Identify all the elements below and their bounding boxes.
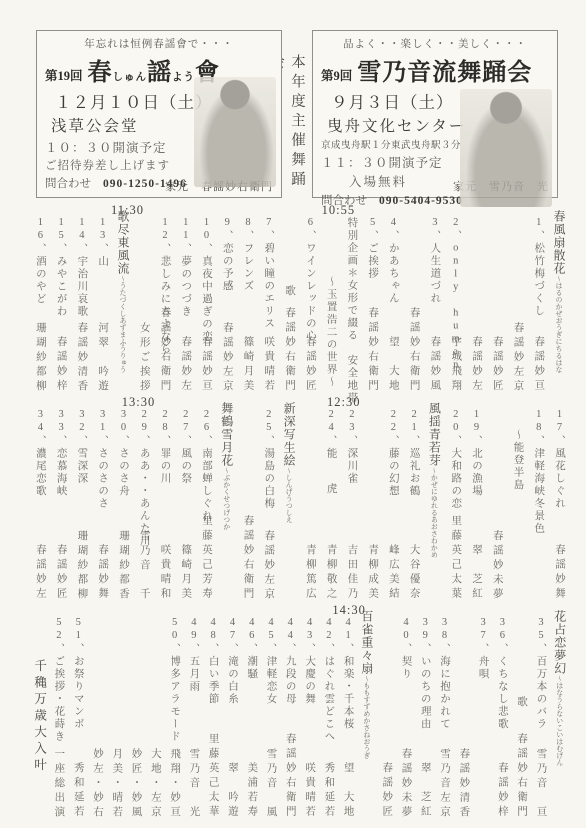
item-title: 34、濃尾恋歌 — [35, 409, 46, 498]
performer-name: 宇城飛翔 — [448, 336, 463, 394]
performer-column: 妙匠・妙風 — [126, 604, 145, 822]
performer-name: 雪乃音 千 — [137, 530, 152, 603]
performer-name: 春謡妙未夢 — [490, 530, 505, 603]
performer-column: 春謡妙左 — [466, 204, 487, 396]
performer-name: 春謡妙舞 — [95, 544, 110, 602]
performer-name: 春謡妙右衛門 — [157, 307, 172, 394]
program-item: 16、酒のやど珊瑚紗都柳 — [30, 204, 51, 396]
program-item: 特別企画＊女形で綴る 安全地帯 — [341, 204, 362, 396]
item-title: 特別企画＊女形で綴る 安全地帯 — [346, 217, 357, 405]
performer-name: 妙左・妙右 — [90, 748, 105, 821]
program-item: 17、風花しぐれ春謡妙舞 — [549, 396, 570, 604]
item-title: 46、潮騒 — [246, 617, 257, 681]
program-item: 47、滝の白糸翠 吟遊 — [223, 604, 242, 822]
item-title: 40、契り — [400, 617, 411, 681]
performer-name: 春謡妙亘 — [199, 336, 214, 394]
performer-name: 春謡妙未夢 — [398, 748, 413, 821]
program-item: 19、北の漁場翠 芝紅 — [466, 396, 487, 604]
program-item: 10、真夜中過ぎの恋春謡妙亘 — [196, 204, 217, 396]
program-item: 12、悲しみにさよなら春謡妙右衛門 — [155, 204, 176, 396]
performer-name: 望 大地 — [386, 336, 401, 394]
right-event-tagline: 品よく・・楽しく・・美しく・・・ — [321, 36, 549, 51]
title-kana: しゅん — [113, 72, 148, 83]
item-title: 48、白い季節 — [208, 617, 219, 706]
item-title: 26、南部蝉しぐれ — [201, 409, 212, 523]
item-title: 歌尽東風流 — [116, 210, 130, 275]
program-item: 43、大慶の舞咲貴晴若 — [300, 604, 319, 822]
program-item: 29、ああ・・あんた川雪乃音 千 — [134, 396, 155, 604]
program-item: 24、能虎青柳敬之 — [321, 396, 342, 604]
program-item: 18、津軽海峡冬景色 — [528, 396, 549, 604]
performer-column: 春謡妙匠 — [377, 604, 396, 822]
item-title: 15、みやこがわ — [56, 217, 67, 318]
performer-name: 雪乃音 光 — [186, 748, 201, 821]
item-title: 5、ご挨拶 — [367, 217, 378, 280]
performer-name: 咲貴晴若 — [302, 762, 317, 820]
item-title: 25、湯島の白梅 — [263, 409, 274, 510]
section-title: 春風扇散花～はるのかぜおうぎにちるはな — [549, 204, 570, 396]
program-band-1: 10:5511:30春風扇散花～はるのかぜおうぎにちるはな1、松竹梅づくし春謡妙… — [30, 204, 570, 396]
program-item: 42、はぐれ雲どこへ秀和延若 — [319, 604, 338, 822]
performer-name: 珊瑚紗都香 — [116, 530, 131, 603]
performer-name: 春謡妙匠 — [303, 336, 318, 394]
performer-name: 峰広美結 — [386, 544, 401, 602]
performer-name: 青柳成美 — [365, 544, 380, 602]
section-title: 風揺青若芽～かぜにゆれるあおさわかめ — [425, 396, 446, 604]
performer-name: 大地・左京 — [148, 748, 163, 821]
item-title: 21、巡礼お鶴 — [409, 409, 420, 498]
item-title: 39、いのちの理由 — [420, 617, 431, 731]
performer-name: 春謡妙右衛門 — [282, 307, 297, 394]
performer-column: 歌春謡妙右衛門 — [279, 204, 300, 396]
item-title: 3、人生道づれ — [429, 217, 440, 305]
performer-name: 雪乃音 亘 — [533, 748, 548, 821]
item-title: 新深写生絵 — [282, 402, 296, 467]
program-item: ～玉置浩二の世界～ — [321, 204, 342, 396]
performer-name: 春謡妙右衛門 — [241, 515, 256, 602]
program-item: 13、山河翠 吟遊 — [92, 204, 113, 396]
performer-name: 春謡妙右衛門 — [514, 733, 529, 820]
item-title: 47、滝の白糸 — [227, 617, 238, 706]
performer-name: 吉田佳乃 — [344, 544, 359, 602]
program-item: 14、宇治川哀歌春謡妙清香 — [72, 204, 93, 396]
performer-name: 翠 芝紅 — [469, 544, 484, 602]
item-title: 8、フレンズ — [243, 217, 254, 293]
section-title: 歌尽東風流～うたづくしあずまふうりゅう — [113, 204, 134, 396]
program-item: 11、夢のつづき春謡妙左 — [175, 204, 196, 396]
program-item: 46、潮騒美浦若寿 — [242, 604, 261, 822]
item-title: 49、五月雨 — [188, 617, 199, 693]
performer-name: 春謡妙左京 — [510, 322, 525, 395]
item-title: 44、九段の母 — [285, 617, 296, 706]
program-item: 41、和楽・千本桜望 大地 — [339, 604, 358, 822]
performer-name: 翠 芝紅 — [418, 762, 433, 820]
performer-name: 春謡妙左 — [178, 336, 193, 394]
performer-column: 春謡妙右衛門 — [404, 204, 425, 396]
title-kana: よう — [172, 72, 195, 83]
program-item: 6、ワインレッドの心春謡妙匠 — [300, 204, 321, 396]
item-title: 春風扇散花 — [552, 210, 566, 275]
performer-name: 珊瑚紗都柳 — [33, 322, 48, 395]
program-item: 8、フレンズ篠崎月美 — [238, 204, 259, 396]
recital-program-page: 年忘れは恒例春謡會で・・・ 第19回春しゅん謡よう會 １２月１０日（土） 浅草公… — [0, 0, 586, 828]
performer-name: 望 大地 — [341, 762, 356, 820]
performer-column: 大地・左京 — [146, 604, 165, 822]
section-title-kana: ～かぜにゆれるあおさわかめ — [430, 467, 438, 558]
performer-name: 大谷優奈 — [407, 544, 422, 602]
performer-column: 春謡妙未夢 — [487, 396, 508, 604]
item-mid-text: 虎 — [324, 483, 339, 496]
program-item: 28、罪の川咲貴晴和 — [155, 396, 176, 604]
item-title: 27、風の祭 — [180, 409, 191, 485]
item-title: 6、ワインレッドの心 — [305, 217, 316, 343]
left-event-box: 年忘れは恒例春謡會で・・・ 第19回春しゅん謡よう會 １２月１０日（土） 浅草公… — [36, 30, 282, 198]
performer-photo-left — [194, 77, 276, 187]
program-item: 3、人生道づれ春謡妙風 — [425, 204, 446, 396]
performer-name: 里藤英己芳寿 — [199, 515, 214, 602]
performer-name: 女形ご挨拶 — [137, 322, 152, 395]
item-title: 42、はぐれ雲どこへ — [323, 617, 334, 743]
item-title: 51、お祭りマンボ — [73, 617, 84, 731]
performer-name: 妙匠・妙風 — [129, 748, 144, 821]
performer-name: 篠崎月美 — [178, 544, 193, 602]
performer-name: 春謡妙左京 — [220, 322, 235, 395]
performer-name: 月美・晴若 — [109, 748, 124, 821]
item-title: 22、藤の幻想 — [388, 409, 399, 498]
text-column: ～能登半島 — [508, 396, 529, 604]
item-mid-text: 歌 — [514, 696, 529, 709]
item-title: ～玉置浩二の世界～ — [326, 276, 337, 389]
item-title: 16、酒のやど — [35, 217, 46, 306]
program-item: 40、契り春謡妙未夢 — [396, 604, 415, 822]
performer-name: 美浦若寿 — [244, 762, 259, 820]
item-title: 36、くちなし悲歌 — [497, 617, 508, 731]
item-title: 32、雪深深 — [76, 409, 87, 485]
performer-column: 春謡妙右衛門 — [238, 396, 259, 604]
performer-name: 春謡妙匠 — [490, 336, 505, 394]
item-title: 11、夢のつづき — [180, 217, 191, 318]
item-title: 28、罪の川 — [159, 409, 170, 485]
item-title: 29、ああ・・あんた川 — [139, 409, 150, 548]
header: 年忘れは恒例春謡會で・・・ 第19回春しゅん謡よう會 １２月１０日（土） 浅草公… — [36, 30, 560, 198]
program-item: 48、白い季節里藤英己太華 — [204, 604, 223, 822]
performer-column: 歌春謡妙右衛門 — [512, 604, 531, 822]
item-title: 7、碧い瞳のエリス — [263, 217, 274, 330]
title-char: 謡 — [147, 60, 172, 86]
program-item: 45、津軽恋女雪乃音 風 — [261, 604, 280, 822]
item-title: 50、博多アラモード — [169, 617, 180, 743]
performer-name: 春謡妙清香 — [456, 748, 471, 821]
program-item: 23、深川雀吉田佳乃 — [341, 396, 362, 604]
section-title-kana: ～しんげうつしえ — [285, 467, 293, 523]
program-listing: 10:5511:30春風扇散花～はるのかぜおうぎにちるはな1、松竹梅づくし春謡妙… — [30, 204, 570, 822]
left-contact-label: 問合わせ — [45, 178, 91, 190]
performer-name: 春謡妙左 — [469, 336, 484, 394]
program-item: 2、only human宇城飛翔 — [445, 204, 466, 396]
performer-name: 雪乃音左京 — [437, 748, 452, 821]
right-event-title-line: 第9回雪乃音流舞踊会 — [321, 52, 549, 87]
performer-name: 一座総出演 — [51, 748, 66, 821]
performer-name: 春謡妙梓 — [495, 762, 510, 820]
program-item: 34、濃尾恋歌春謡妙左 — [30, 396, 51, 604]
item-title: 4、かあちゃん — [388, 217, 399, 305]
performer-name: 春謡妙右衛門 — [407, 307, 422, 394]
program-item: 52、ご挨拶・花蒔き一座総出演 — [49, 604, 68, 822]
item-title: 45、津軽恋女 — [266, 617, 277, 706]
program-band-2: 12:3013:3017、風花しぐれ春謡妙舞18、津軽海峡冬景色～能登半島春謡妙… — [30, 396, 570, 604]
item-mid-text: 千穐万歳大入叶 — [31, 659, 49, 775]
section-title: 百雀重々扇～ももすずめかさねおうぎ — [358, 604, 377, 822]
item-mid-text: 歌 — [282, 285, 297, 298]
item-title: 38、海に抱かれて — [439, 617, 450, 731]
performer-name: 春謡妙右衛門 — [365, 307, 380, 394]
item-title: 31、さのさのさ — [97, 409, 108, 510]
performer-name: 篠崎月美 — [241, 336, 256, 394]
section-title: 新深写生絵～しんげうつしえ — [279, 396, 300, 604]
program-item: 49、五月雨雪乃音 光 — [184, 604, 203, 822]
program-item: 21、巡礼お鶴大谷優奈 — [404, 396, 425, 604]
performer-name: 春謡妙左 — [33, 544, 48, 602]
section-title-kana: ～ぶかくせつげつか — [223, 467, 231, 530]
right-event-box: 品よく・・楽しく・・美しく・・・ 第9回雪乃音流舞踊会 ９月３日（土） 曳舟文化… — [312, 30, 558, 198]
performer-name: 春謡妙亘 — [531, 336, 546, 394]
program-item: 26、南部蝉しぐれ里藤英己芳寿 — [196, 396, 217, 604]
performer-column: 月美・晴若 — [107, 604, 126, 822]
program-item: 1、松竹梅づくし春謡妙亘 — [528, 204, 549, 396]
title-char: 春 — [88, 60, 113, 86]
performer-column: 妙左・妙右 — [88, 604, 107, 822]
performer-name: 里藤英己太葉 — [448, 515, 463, 602]
program-item: 50、博多アラモード飛翔・妙亘 — [165, 604, 184, 822]
performer-name: 雪乃音 風 — [264, 748, 279, 821]
performer-name: 飛翔・妙亘 — [167, 748, 182, 821]
program-item: 27、風の祭篠崎月美 — [175, 396, 196, 604]
performer-name: 春謡妙右衛門 — [283, 733, 298, 820]
performer-name: 春謡妙匠 — [54, 544, 69, 602]
item-title: 52、ご挨拶・花蒔き — [53, 617, 64, 743]
program-item: 51、お祭りマンボ秀和延若 — [69, 604, 88, 822]
program-item: 5、ご挨拶春謡妙右衛門 — [362, 204, 383, 396]
program-item: 22、藤の幻想峰広美結 — [383, 396, 404, 604]
item-title: 9、恋の予感 — [222, 217, 233, 293]
section-title-kana: ～はなうらないこいはむげん — [556, 675, 564, 766]
item-title: 14、宇治川哀歌 — [76, 217, 87, 318]
left-event-edition: 第19回 — [45, 69, 83, 83]
program-item: 9、恋の予感春謡妙左京 — [217, 204, 238, 396]
performer-column: 青柳成美 — [362, 396, 383, 604]
program-item: 35、百万本のバラ雪乃音 亘 — [531, 604, 550, 822]
item-title: 20、大和路の恋 — [450, 409, 461, 510]
performer-name: 春謡妙風 — [427, 336, 442, 394]
program-item: 39、いのちの理由翠 芝紅 — [416, 604, 435, 822]
right-event-edition: 第9回 — [321, 69, 352, 83]
item-title: 24、能 — [326, 409, 337, 460]
item-title: 13、山 — [97, 217, 108, 268]
program-item: 4、かあちゃん望 大地 — [383, 204, 404, 396]
item-title: 43、大慶の舞 — [304, 617, 315, 706]
performer-name: 春謡妙舞 — [552, 544, 567, 602]
item-title: 37、舟唄 — [478, 617, 489, 681]
performer-column: 春謡妙清香 — [454, 604, 473, 822]
performer-photo-right — [460, 89, 552, 207]
performer-name: 翠 吟遊 — [225, 762, 240, 820]
performer-name: 春謡妙匠 — [379, 762, 394, 820]
program-item: 37、舟唄 — [473, 604, 492, 822]
performer-column: 春謡妙左京 — [508, 204, 529, 396]
performer-name: 春謡妙左京 — [261, 530, 276, 603]
performer-name: 咲貴晴若 — [261, 336, 276, 394]
section-title: 舞鶴雪月花～ぶかくせつげつか — [217, 396, 238, 604]
section-title-kana: ～はるのかぜおうぎにちるはな — [555, 275, 563, 373]
program-item: 31、さのさのさ春謡妙舞 — [92, 396, 113, 604]
right-event-title: 雪乃音流舞踊会 — [357, 60, 532, 86]
program-item: 36、くちなし悲歌春謡妙梓 — [493, 604, 512, 822]
item-title: 19、北の漁場 — [471, 409, 482, 498]
program-item: 30、さのさ舟珊瑚紗都香 — [113, 396, 134, 604]
program-item: 38、海に抱かれて雪乃音左京 — [435, 604, 454, 822]
performer-column: 春謡妙匠 — [487, 204, 508, 396]
program-item: 7、碧い瞳のエリス咲貴晴若 — [258, 204, 279, 396]
item-title: 35、百万本のバラ — [535, 617, 546, 731]
item-title: 17、風花しぐれ — [554, 409, 565, 510]
item-title: 花占恋夢幻 — [553, 610, 567, 675]
program-item: 33、恋慕海峡春謡妙匠 — [51, 396, 72, 604]
item-mid-text: ～能登半島 — [510, 429, 525, 492]
program-item: 15、みやこがわ春謡妙梓 — [51, 204, 72, 396]
item-title: 41、和楽・千本桜 — [343, 617, 354, 731]
performer-name: 里藤英己太華 — [206, 733, 221, 820]
performer-name: 咲貴晴和 — [157, 544, 172, 602]
section-title: 花占恋夢幻～はなうらないこいはむげん — [551, 604, 570, 822]
item-title: 1、松竹梅づくし — [533, 217, 544, 318]
performer-name: 珊瑚紗都柳 — [74, 530, 89, 603]
item-title: 18、津軽海峡冬景色 — [533, 409, 544, 535]
performer-name: 春謡妙梓 — [54, 336, 69, 394]
program-item: 20、大和路の恋里藤英己太葉 — [445, 396, 466, 604]
program-item: 44、九段の母春謡妙右衛門 — [281, 604, 300, 822]
performer-name: 河翠 吟遊 — [95, 322, 110, 395]
program-item: 32、雪深深珊瑚紗都柳 — [72, 396, 93, 604]
text-column: 千穐万歳大入叶 — [30, 604, 49, 822]
program-band-3: 14:30花占恋夢幻～はなうらないこいはむげん35、百万本のバラ雪乃音 亘歌春謡… — [30, 604, 570, 822]
item-title: 百雀重々扇 — [360, 610, 374, 675]
item-title: 30、さのさ舟 — [118, 409, 129, 498]
section-title-kana: ～ももすずめかさねおうぎ — [363, 675, 371, 759]
program-item: 25、湯島の白梅春謡妙左京 — [258, 396, 279, 604]
item-title: 風揺青若芽 — [427, 402, 441, 467]
performer-name: 青柳敬之 — [324, 544, 339, 602]
item-title: 10、真夜中過ぎの恋 — [201, 217, 212, 343]
left-event-tagline: 年忘れは恒例春謡會で・・・ — [45, 36, 273, 51]
item-title: 23、深川雀 — [346, 409, 357, 485]
performer-name: 春謡妙清香 — [74, 322, 89, 395]
center-label: 本年度主催舞踊会 — [286, 30, 308, 198]
performer-name: 青柳篤広 — [303, 544, 318, 602]
performer-column: 青柳篤広 — [300, 396, 321, 604]
performer-column: 女形ご挨拶 — [134, 204, 155, 396]
item-title: 33、恋慕海峡 — [56, 409, 67, 498]
section-title-kana: ～うたづくしあずまふうりゅう — [119, 275, 127, 373]
performer-name: 秀和延若 — [321, 762, 336, 820]
item-title: 舞鶴雪月花 — [220, 402, 234, 467]
performer-name: 秀和延若 — [71, 762, 86, 820]
